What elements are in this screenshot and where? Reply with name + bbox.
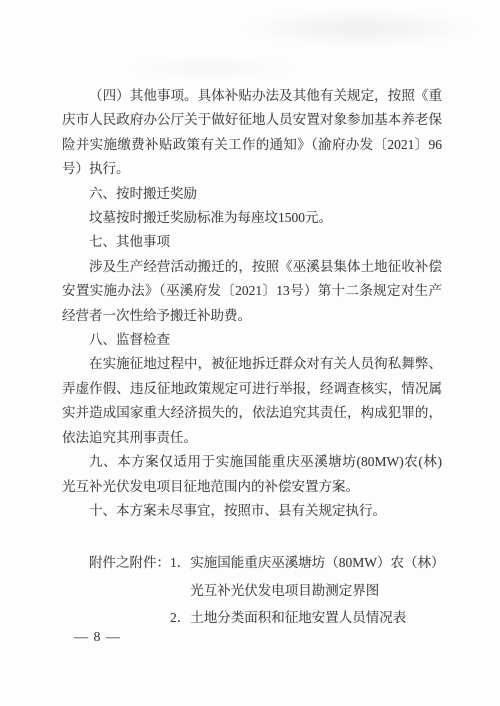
document-body: （四）其他事项。具体补贴办法及其他有关规定，按照《重庆市人民政府办公厅关于做好征… (62, 84, 442, 632)
section-heading-8-supervision: 八、监督检查 (62, 328, 442, 352)
page: （四）其他事项。具体补贴办法及其他有关规定，按照《重庆市人民政府办公厅关于做好征… (0, 0, 500, 706)
paragraph-9-applicability-scope: 九、本方案仅适用于实施国能重庆巫溪塘坊(80MW)农(林)光互补光伏发电项目征地… (62, 450, 442, 499)
scan-artifact-smudge (240, 8, 480, 48)
scan-artifact-smudge (120, 55, 300, 81)
attachment-item-2: 2． 土地分类面积和征地安置人员情况表 (170, 604, 442, 632)
scanned-official-document: { "document": { "paragraphs": [ { "text"… (0, 0, 500, 706)
attachments-label: 附件之附件： (89, 549, 170, 632)
attachments-block: 附件之附件： 1． 实施国能重庆巫溪塘坊（80MW）农（林）光互补光伏发电项目勘… (62, 549, 442, 632)
section-heading-6-relocation-reward: 六、按时搬迁奖励 (62, 182, 442, 206)
section-heading-7-other-matters: 七、其他事项 (62, 230, 442, 254)
paragraph-item4-other-matters: （四）其他事项。具体补贴办法及其他有关规定，按照《重庆市人民政府办公厅关于做好征… (62, 84, 442, 182)
attachment-title: 土地分类面积和征地安置人员情况表 (190, 604, 442, 632)
paragraph-business-relocation-subsidy: 涉及生产经营活动搬迁的，按照《巫溪县集体土地征收补偿安置实施办法》（巫溪府发〔2… (62, 255, 442, 328)
attachments-list: 1． 实施国能重庆巫溪塘坊（80MW）农（林）光互补光伏发电项目勘测定界图 2．… (170, 549, 442, 632)
paragraph-grave-relocation-standard: 坟墓按时搬迁奖励标准为每座坟1500元。 (62, 206, 442, 230)
attachment-item-1: 1． 实施国能重庆巫溪塘坊（80MW）农（林）光互补光伏发电项目勘测定界图 (170, 549, 442, 604)
attachment-title: 实施国能重庆巫溪塘坊（80MW）农（林）光互补光伏发电项目勘测定界图 (190, 549, 442, 604)
attachment-number: 1． (170, 549, 190, 604)
attachment-number: 2． (170, 604, 190, 632)
paragraph-10-final-provisions: 十、本方案未尽事宜，按照市、县有关规定执行。 (62, 499, 442, 523)
paragraph-supervision-reporting: 在实施征地过程中，被征地拆迁群众对有关人员徇私舞弊、弄虚作假、违反征地政策规定可… (62, 352, 442, 450)
page-number: — 8 — (74, 630, 121, 646)
